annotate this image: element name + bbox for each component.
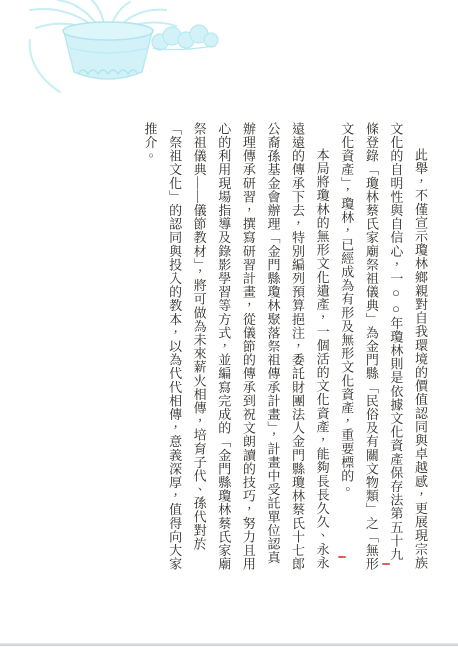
- vine-stem-icon: [30, 40, 60, 92]
- frond-leaves-icon: [30, 0, 176, 30]
- flower-basket-watermark: [8, 0, 223, 100]
- basket-icon: [63, 22, 153, 79]
- scanned-document-page: 此舉，不僅宣示瓊林鄉親對自我環境的價值認同與卓越感，更展現宗族文化的自明性與自信…: [0, 0, 458, 647]
- cloud-scroll-icon: [152, 25, 218, 50]
- red-correction-mark: [338, 556, 346, 558]
- paragraph-1: 此舉，不僅宣示瓊林鄉親對自我環境的價值認同與卓越感，更展現宗族文化的自明性與自信…: [334, 122, 432, 574]
- red-correction-mark: [382, 563, 390, 565]
- paragraph-2: 本局將瓊林的無形文化遺產，一個活的文化資產，能夠長長久久、永永遠遠的傳承下去，特…: [137, 122, 334, 574]
- vertical-text-block: 此舉，不僅宣示瓊林鄉親對自我環境的價值認同與卓越感，更展現宗族文化的自明性與自信…: [134, 122, 432, 574]
- scan-edge-line: [0, 643, 458, 646]
